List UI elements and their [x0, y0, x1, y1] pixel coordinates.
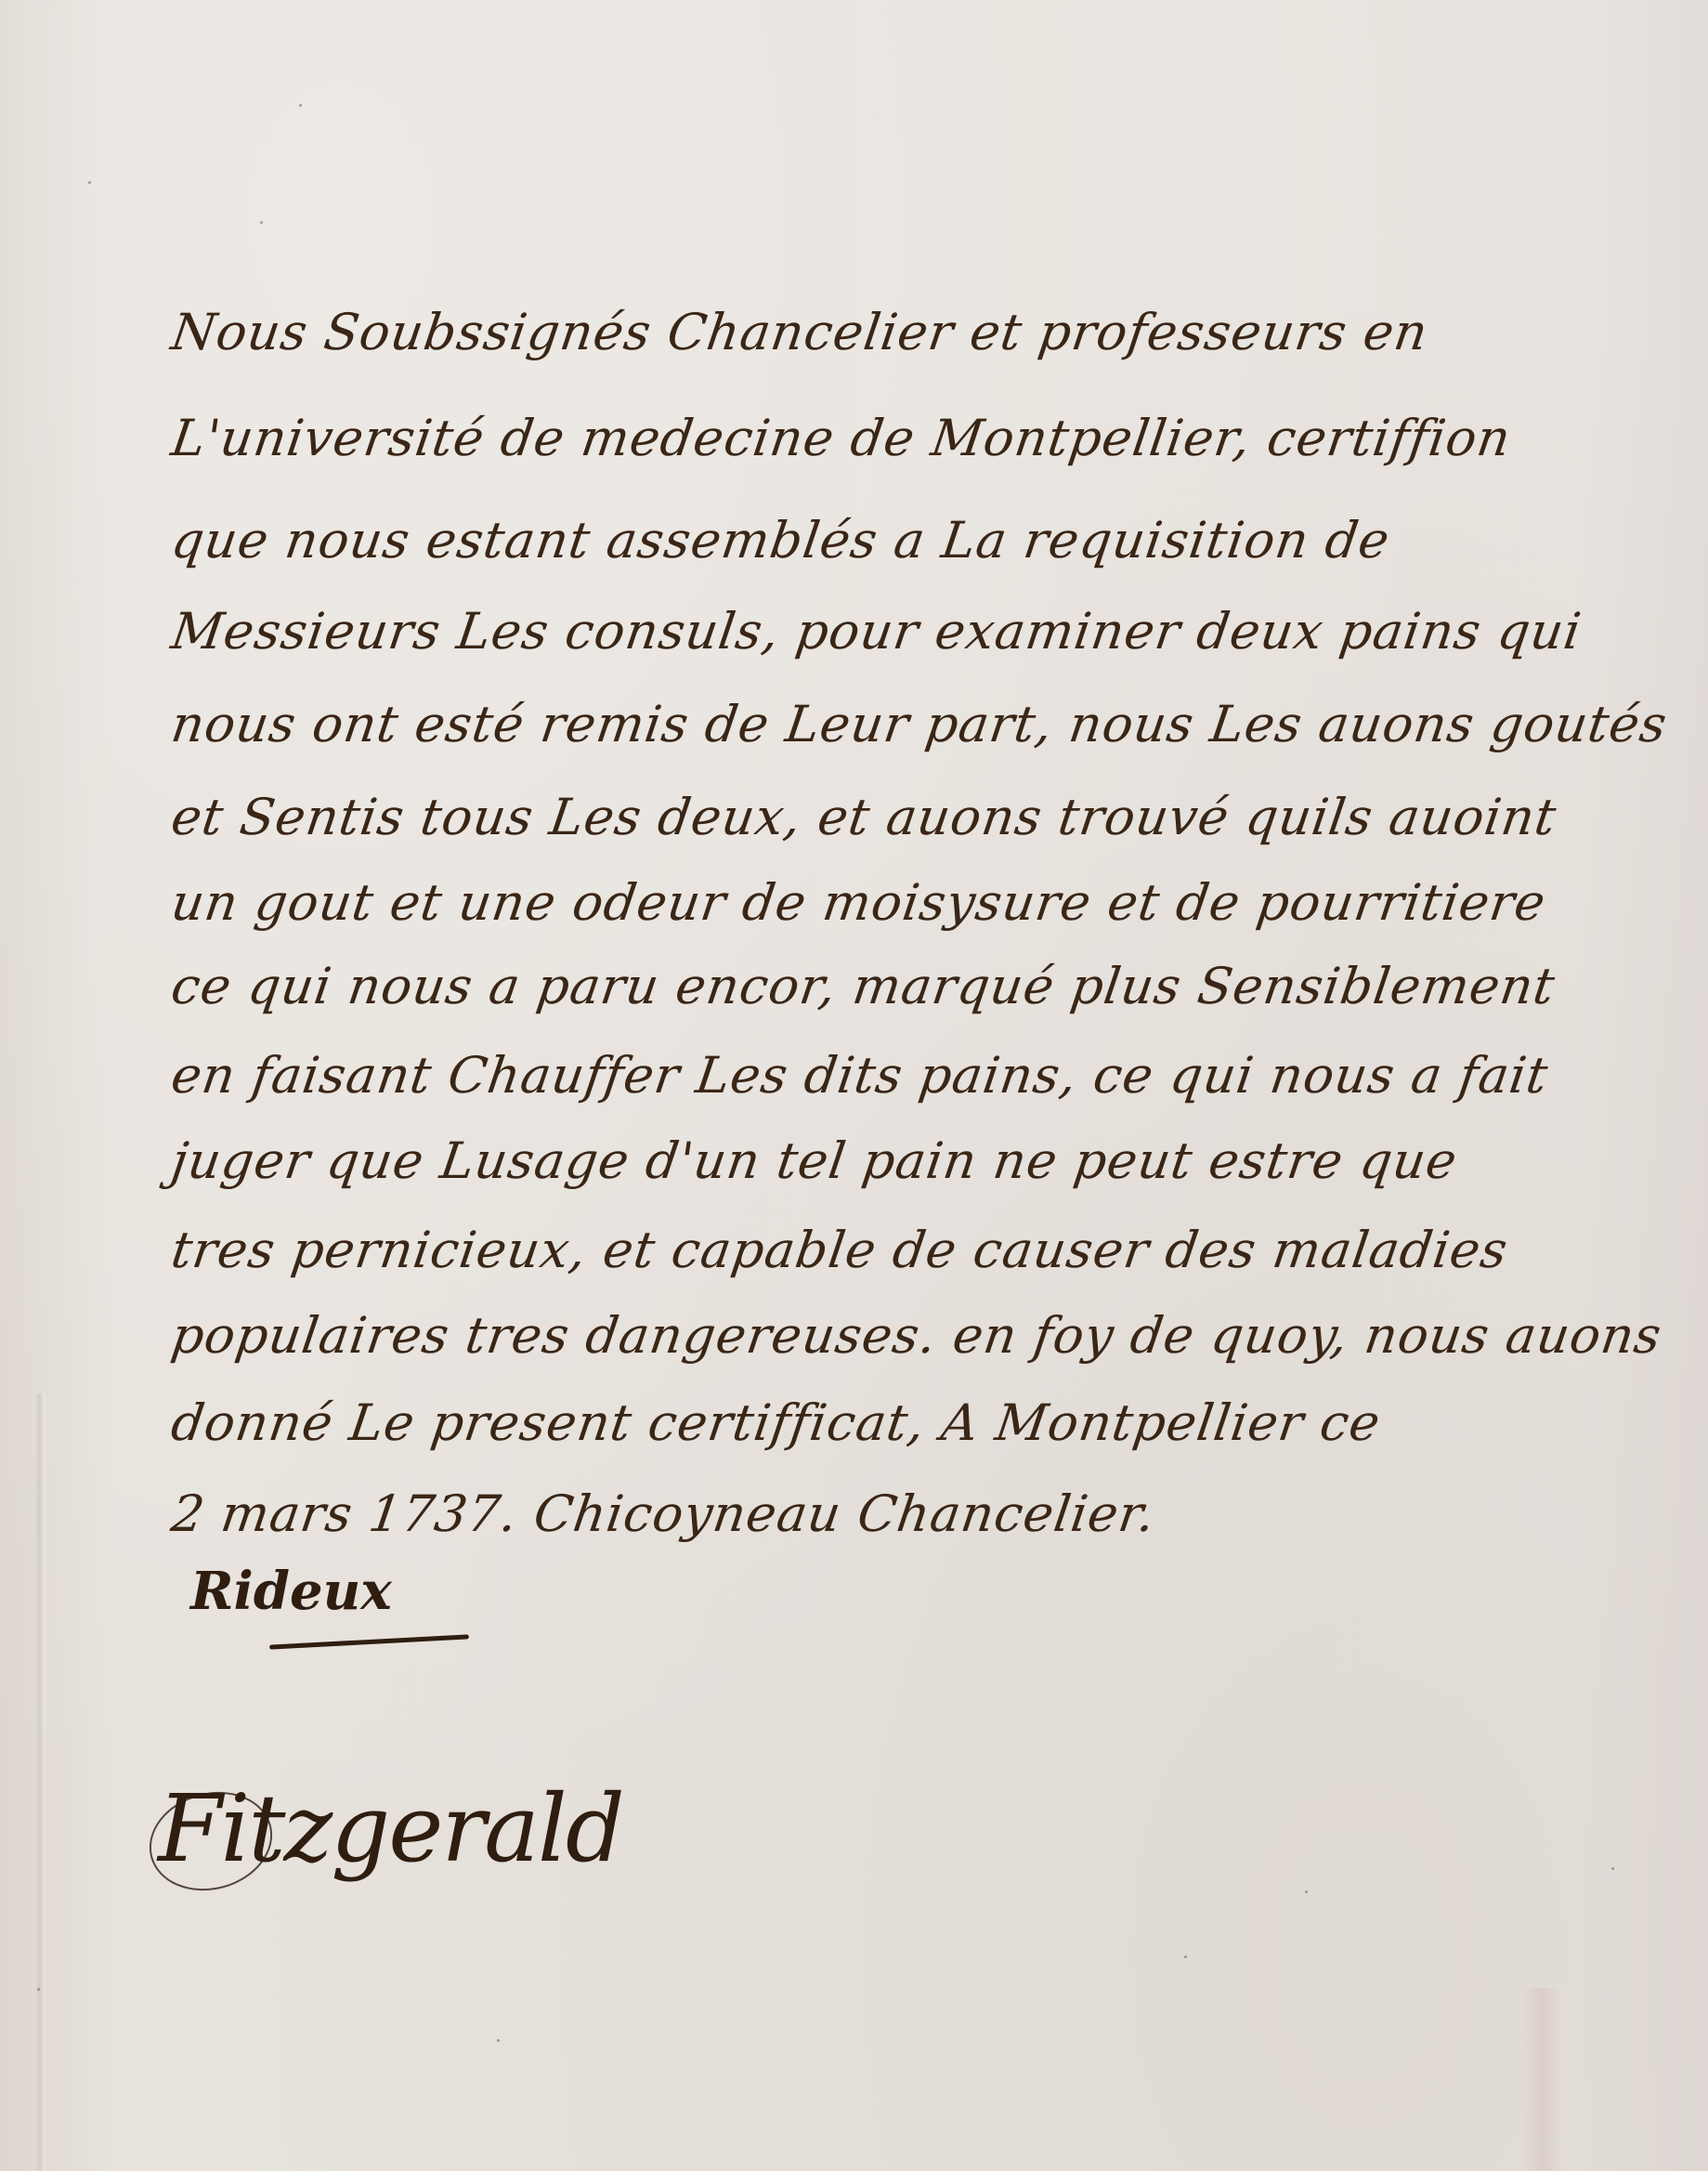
paper-stain [1523, 1988, 1560, 2171]
signature-underline [269, 1634, 469, 1649]
paper-speck [1611, 1867, 1614, 1870]
paper-fold-crease [35, 1393, 48, 2171]
signature-rideux: Rideux [190, 1561, 392, 1622]
paper-speck [1184, 1955, 1187, 1958]
paper-speck [37, 1988, 40, 1991]
paper-speck [1305, 1890, 1308, 1893]
document-page: Nous Soubssignés Chancelier et professeu… [0, 0, 1708, 2171]
paper-speck [88, 181, 91, 184]
paper-speck [497, 2039, 500, 2042]
paper-speck [299, 104, 302, 107]
signature-fitzgerald: Fitzgerald [158, 1774, 623, 1883]
paper-speck [260, 221, 263, 224]
